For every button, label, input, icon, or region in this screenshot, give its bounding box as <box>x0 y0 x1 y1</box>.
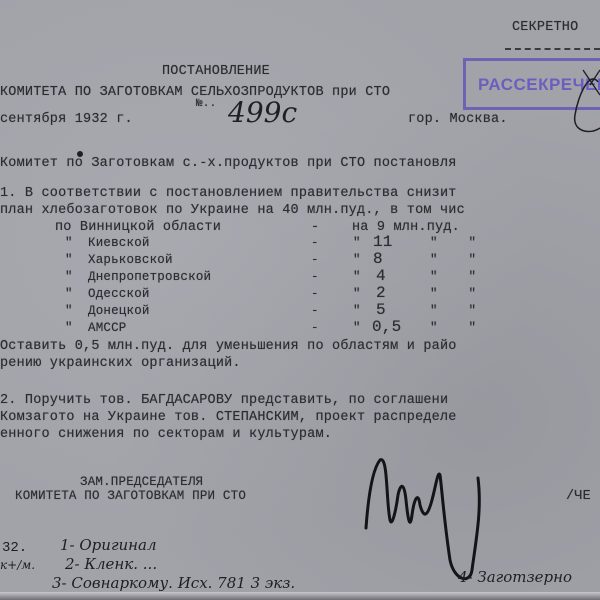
distribution-line3: 3- Совнаркому. Исх. 781 3 экз. <box>52 574 295 592</box>
distribution-year: 32. <box>2 540 27 556</box>
distribution-line2: 2- Кленк. ... <box>65 555 157 573</box>
distribution-prefix: к+/м. <box>0 558 35 572</box>
signature-icon <box>366 460 479 579</box>
handwriting-svg <box>0 0 600 600</box>
distribution-line4: 4- Заготзерно <box>458 568 572 586</box>
circled-mark-icon <box>575 79 600 132</box>
distribution-line1: 1- Оригинал <box>60 536 157 554</box>
